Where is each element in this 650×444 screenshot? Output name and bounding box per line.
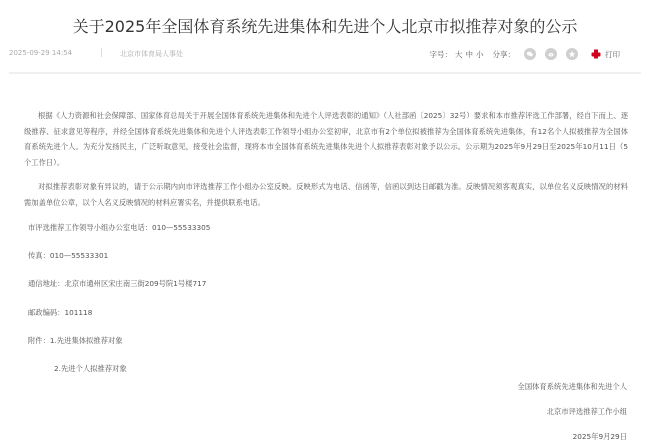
contact-fax: 传真：010—55533301 (28, 248, 628, 264)
share-label: 分享： (493, 49, 516, 60)
article-source: 北京市体育局人事处 (120, 49, 183, 59)
print-button[interactable]: 打印 (591, 49, 623, 60)
paragraph-objection: 对拟推荐表彰对象有异议的，请于公示期内向市评选推荐工作小组办公室反映。反映形式为… (24, 179, 628, 210)
publish-date: 2025-09-29 14:54 (9, 49, 72, 57)
attachment-1[interactable]: 附件：1.先进集体拟推荐对象 (28, 333, 628, 349)
font-size-medium[interactable]: 中 (466, 49, 474, 60)
wechat-icon[interactable] (524, 48, 536, 60)
signature-org: 全国体育系统先进集体和先进个人 (518, 382, 627, 392)
article-tools: 字号： 大 中 小 分享： 打印 (430, 46, 627, 62)
attachment-2[interactable]: 2.先进个人拟推荐对象 (28, 361, 628, 377)
article-meta: 2025-09-29 14:54 北京市体育局人事处 字号： 大 中 小 分享：… (0, 46, 650, 62)
font-size-label: 字号： (430, 49, 453, 60)
contact-postcode: 邮政编码：101118 (28, 305, 628, 321)
font-size-large[interactable]: 大 (455, 49, 463, 60)
signature-date: 2025年9月29日 (573, 432, 627, 442)
meta-divider (101, 48, 102, 57)
printer-icon (591, 49, 601, 59)
article-body: 根据《人力资源和社会保障部、国家体育总局关于开展全国体育系统先进集体和先进个人评… (28, 108, 628, 389)
page-title: 关于2025年全国体育系统先进集体和先进个人北京市拟推荐对象的公示 (0, 14, 650, 37)
contact-phone: 市评选推荐工作领导小组办公室电话：010—55533305 (28, 220, 628, 236)
header-divider (9, 72, 641, 74)
print-label: 打印 (605, 49, 620, 60)
contact-address: 通信地址：北京市通州区宋庄南三街209号院1号楼717 (28, 276, 628, 292)
paragraph-basis: 根据《人力资源和社会保障部、国家体育总局关于开展全国体育系统先进集体和先进个人评… (24, 108, 628, 170)
weibo-icon[interactable] (545, 48, 557, 60)
qzone-icon[interactable] (566, 48, 578, 60)
font-size-small[interactable]: 小 (476, 49, 484, 60)
signature-group: 北京市评选推荐工作小组 (547, 407, 627, 417)
